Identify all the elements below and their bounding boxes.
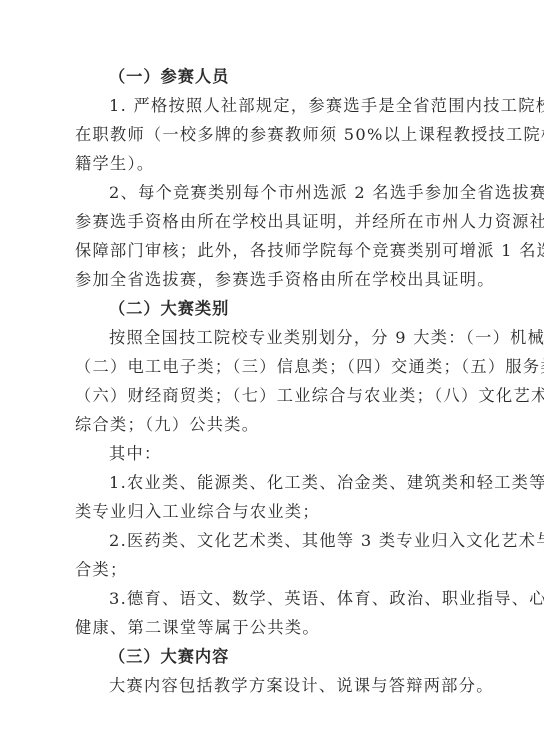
paragraph-line: 参加全省选拔赛，参赛选手资格由所在学校出具证明。 (75, 265, 485, 294)
paragraph-line: 大赛内容包括教学方案设计、说课与答辩两部分。 (75, 671, 485, 700)
paragraph-line: 2.医药类、文化艺术类、其他等 3 类专业归入文化艺术与综 (75, 526, 485, 555)
paragraph-line: 合类； (75, 555, 485, 584)
paragraph-line: 综合类；（九）公共类。 (75, 410, 485, 439)
section-heading-content: （三）大赛内容 (75, 642, 485, 671)
paragraph-line: 3.德育、语文、数学、英语、体育、政治、职业指导、心理 (75, 584, 485, 613)
paragraph-line: （二）电工电子类；（三）信息类；（四）交通类；（五）服务类； (75, 352, 485, 381)
section-heading-categories: （二）大赛类别 (75, 294, 485, 323)
paragraph-line: 其中： (75, 439, 485, 468)
paragraph-line: （六）财经商贸类；（七）工业综合与农业类；（八）文化艺术与 (75, 381, 485, 410)
paragraph-line: 按照全国技工院校专业类别划分，分 9 大类：（一）机械类； (75, 323, 485, 352)
paragraph-line: 类专业归入工业综合与农业类； (75, 497, 485, 526)
paragraph-line: 参赛选手资格由所在学校出具证明，并经所在市州人力资源社会 (75, 207, 485, 236)
paragraph-line: 在职教师（一校多牌的参赛教师须 50%以上课程教授技工院校学 (75, 120, 485, 149)
section-heading-participants: （一）参赛人员 (75, 62, 485, 91)
paragraph-line: 籍学生）。 (75, 149, 485, 178)
document-page: （一）参赛人员 1. 严格按照人社部规定，参赛选手是全省范围内技工院校 在职教师… (75, 62, 485, 700)
paragraph-line: 2、每个竞赛类别每个市州选派 2 名选手参加全省选拔赛。 (75, 178, 485, 207)
paragraph-line: 保障部门审核；此外，各技师学院每个竞赛类别可增派 1 名选手 (75, 236, 485, 265)
paragraph-line: 1. 严格按照人社部规定，参赛选手是全省范围内技工院校 (75, 91, 485, 120)
paragraph-line: 1.农业类、能源类、化工类、冶金类、建筑类和轻工类等 6 (75, 468, 485, 497)
paragraph-line: 健康、第二课堂等属于公共类。 (75, 613, 485, 642)
